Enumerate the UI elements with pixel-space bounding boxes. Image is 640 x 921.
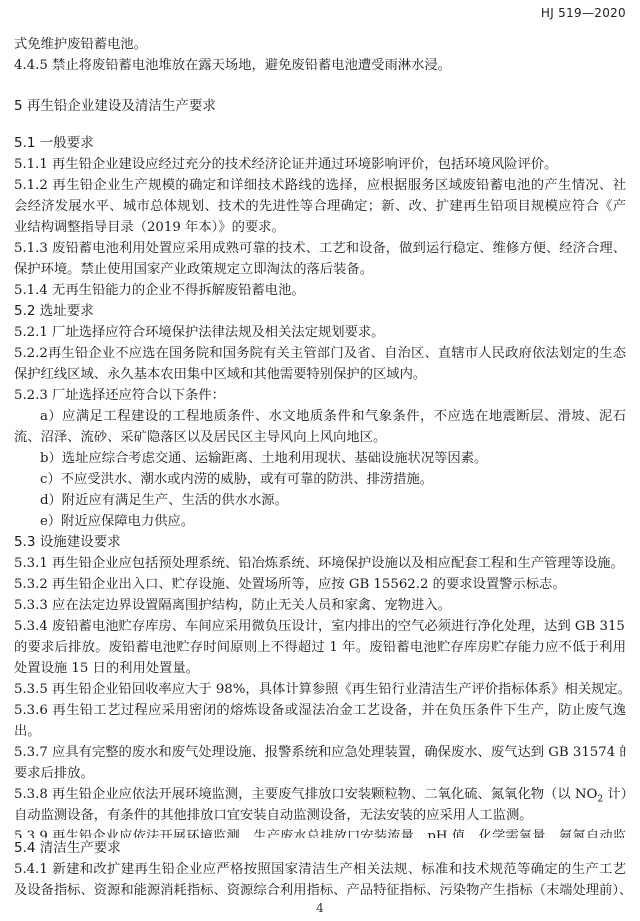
clause-5-1-4: 5.1.4 无再生铅能力的企业不得拆解废铅蓄电池。 bbox=[14, 280, 626, 301]
clause-5-3-2: 5.3.2 再生铅企业出入口、贮存设施、处置场所等，应按 GB 15562.2 … bbox=[14, 574, 626, 595]
clause-5-3-4-cont: 处置设施 15 日的利用处置量。 bbox=[14, 658, 626, 679]
clause-5-3-8-text: 5.3.8 再生铅企业应依法开展环境监测，主要废气排放口安装颗粒物、二氧化硫、氮… bbox=[14, 787, 597, 802]
standard-code: HJ 519—2020 bbox=[541, 6, 626, 20]
clause-5-2-2: 5.2.2再生铅企业不应选在国务院和国务院有关主管部门及省、自治区、直辖市人民政… bbox=[14, 343, 626, 364]
clause-5-3-1: 5.3.1 再生铅企业应包括预处理系统、铅冶炼系统、环境保护设施以及相应配套工程… bbox=[14, 553, 626, 574]
page-number: 4 bbox=[0, 901, 640, 915]
list-item-d: d）附近应有满足生产、生活的供水水源。 bbox=[40, 490, 626, 511]
clause-5-2-2-cont: 保护红线区域、永久基本农田集中区域和其他需要特别保护的区域内。 bbox=[14, 364, 626, 385]
list-item-c: c）不应受洪水、潮水或内涝的威胁，或有可靠的防洪、排涝措施。 bbox=[40, 469, 626, 490]
clause-5-1-2-cont: 业结构调整指导目录（2019 年本）》的要求。 bbox=[14, 217, 626, 238]
clause-5-3-6-cont: 出。 bbox=[14, 721, 626, 742]
clause-5-3-7: 5.3.7 应具有完整的废水和废气处理设施、报警系统和应急处理装置，确保废水、废… bbox=[14, 742, 626, 763]
clause-5-3-5: 5.3.5 再生铅企业铅回收率应大于 98%，具体计算参照《再生铅行业清洁生产评… bbox=[14, 679, 626, 700]
list-item-a: a）应满足工程建设的工程地质条件、水文地质条件和气象条件，不应选在地震断层、滑坡… bbox=[40, 406, 626, 427]
clause-5-3-8-tail: 计） bbox=[603, 787, 626, 802]
clause-5-1-2-cont: 会经济发展水平、城市总体规划、技术的先进性等合理确定；新、改、扩建再生铅项目规模… bbox=[14, 196, 626, 217]
clause-5-1-3: 5.1.3 废铅蓄电池利用处置应采用成熟可靠的技术、工艺和设备，做到运行稳定、维… bbox=[14, 238, 626, 259]
subsection-heading-5-3: 5.3 设施建设要求 bbox=[14, 532, 626, 553]
clause-5-3-6: 5.3.6 再生铅工艺过程应采用密闭的熔炼设备或湿法冶金工艺设备，并在负压条件下… bbox=[14, 700, 626, 721]
clause-5-1-2: 5.1.2 再生铅企业生产规模的确定和详细技术路线的选择，应根据服务区域废铅蓄电… bbox=[14, 175, 626, 196]
paragraph-line: 式免维护废铅蓄电池。 bbox=[14, 34, 626, 55]
clause-5-2-3: 5.2.3 厂址选择还应符合以下条件： bbox=[14, 385, 626, 406]
clause-5-1-1: 5.1.1 再生铅企业建设应经过充分的技术经济论证并通过环境影响评价，包括环境风… bbox=[14, 154, 626, 175]
clause-4-4-5: 4.4.5 禁止将废铅蓄电池堆放在露天场地，避免废铅蓄电池遭受雨淋水浸。 bbox=[14, 55, 626, 76]
clause-5-3-8-cont: 自动监测设备，有条件的其他排放口宜安装自动监测设备，无法安装的应采用人工监测。 bbox=[14, 805, 626, 826]
list-item-e: e）附近应保障电力供应。 bbox=[40, 511, 626, 532]
clause-5-3-7-cont: 要求后排放。 bbox=[14, 763, 626, 784]
clause-5-4-1: 5.4.1 新建和改扩建再生铅企业应严格按照国家清洁生产相关法规、标准和技术规范… bbox=[14, 859, 626, 880]
section-heading-5: 5 再生铅企业建设及清洁生产要求 bbox=[14, 96, 626, 117]
list-item-b: b）选址应综合考虑交通、运输距离、土地利用现状、基础设施状况等因素。 bbox=[40, 448, 626, 469]
clause-5-2-1: 5.2.1 厂址选择应符合环境保护法律法规及相关法定规划要求。 bbox=[14, 322, 626, 343]
subsection-heading-5-4: 5.4 清洁生产要求 bbox=[14, 838, 626, 859]
list-item-a-cont: 流、沼泽、流砂、采矿隐落区以及居民区主导风向上风向地区。 bbox=[14, 427, 626, 448]
clause-5-1-3-cont: 保护环境。禁止使用国家产业政策规定立即淘汰的落后装备。 bbox=[14, 259, 626, 280]
clause-5-3-4: 5.3.4 废铅蓄电池贮存库房、车间应采用微负压设计，室内排出的空气必须进行净化… bbox=[14, 616, 626, 637]
subsection-heading-5-2: 5.2 选址要求 bbox=[14, 301, 626, 322]
clause-5-3-3: 5.3.3 应在法定边界设置隔离围护结构，防止无关人员和家禽、宠物进入。 bbox=[14, 595, 626, 616]
clause-5-3-4-cont: 的要求后排放。废铅蓄电池贮存时间原则上不得超过 1 年。废铅蓄电池贮存库房贮存能… bbox=[14, 637, 626, 658]
subsection-heading-5-1: 5.1 一般要求 bbox=[14, 133, 626, 154]
clause-5-4-1-cont: 及设备指标、资源和能源消耗指标、资源综合利用指标、产品特征指标、污染物产生指标（… bbox=[14, 880, 626, 901]
